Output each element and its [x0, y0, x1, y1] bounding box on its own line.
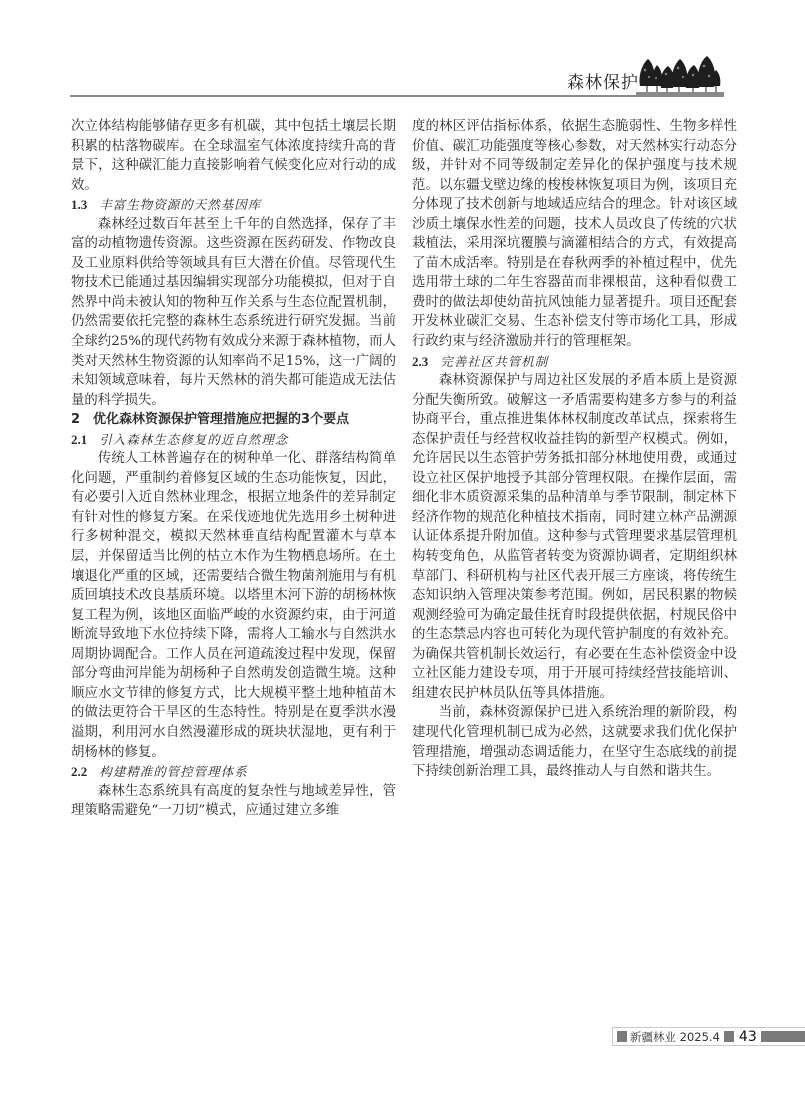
right-column: 度的林区评估指标体系，依据生态脆弱性、生物多样性价值、碳汇功能强度等核心参数，对…: [412, 117, 737, 782]
heading-text: 引入森林生态修复的近自然理念: [99, 432, 288, 447]
paragraph: 森林资源保护与周边社区发展的矛盾本质上是资源分配失衡所致。破解这一矛盾需要构建多…: [412, 371, 737, 703]
square-marker-icon: [617, 1031, 627, 1042]
heading-number: 2.3: [412, 354, 428, 369]
heading-number: 2.1: [71, 432, 87, 447]
paragraph: 传统人工林普遍存在的树种单一化、群落结构简单化问题，严重制约着修复区域的生态功能…: [71, 449, 396, 762]
section-heading-1-3: 1.3丰富生物资源的天然基因库: [71, 195, 396, 215]
paragraph: 次立体结构能够储存更多有机碳，其中包括土壤层长期积累的枯落物碳库。在全球温室气体…: [71, 117, 396, 195]
page-number: 43: [739, 1029, 757, 1045]
header-rule: [70, 95, 724, 97]
footer-bar: [761, 1031, 805, 1042]
section-heading-2-1: 2.1引入森林生态修复的近自然理念: [71, 430, 396, 450]
paragraph: 当前，森林资源保护已进入系统治理的新阶段，构建现代化管理机制已成为必然，这就要求…: [412, 703, 737, 781]
heading-number: 2.2: [71, 764, 87, 779]
paragraph: 森林生态系统具有高度的复杂性与地域差异性，管理策略需避免“一刀切”模式，应通过建…: [71, 782, 396, 821]
journal-issue: 新疆林业 2025.4: [630, 1029, 720, 1045]
heading-text: 构建精准的管控管理体系: [99, 764, 248, 779]
section-heading-2: 2 优化森林资源保护管理措施应把握的3个要点: [71, 410, 396, 430]
left-column: 次立体结构能够储存更多有机碳，其中包括土壤层长期积累的枯落物碳库。在全球温室气体…: [71, 117, 396, 821]
section-heading-2-2: 2.2构建精准的管控管理体系: [71, 762, 396, 782]
paragraph: 森林经过数百年甚至上千年的自然选择，保存了丰富的动植物遗传资源。这些资源在医药研…: [71, 215, 396, 410]
trees-icon: [636, 50, 724, 96]
section-title: 森林保护: [567, 68, 639, 93]
page-footer: 新疆林业 2025.4 43: [612, 1027, 805, 1046]
heading-text: 完善社区共管机制: [440, 354, 548, 369]
heading-number: 1.3: [71, 197, 87, 212]
square-marker-icon: [724, 1031, 734, 1042]
paragraph: 度的林区评估指标体系，依据生态脆弱性、生物多样性价值、碳汇功能强度等核心参数，对…: [412, 117, 737, 352]
section-heading-2-3: 2.3完善社区共管机制: [412, 352, 737, 372]
heading-text: 丰富生物资源的天然基因库: [99, 197, 261, 212]
